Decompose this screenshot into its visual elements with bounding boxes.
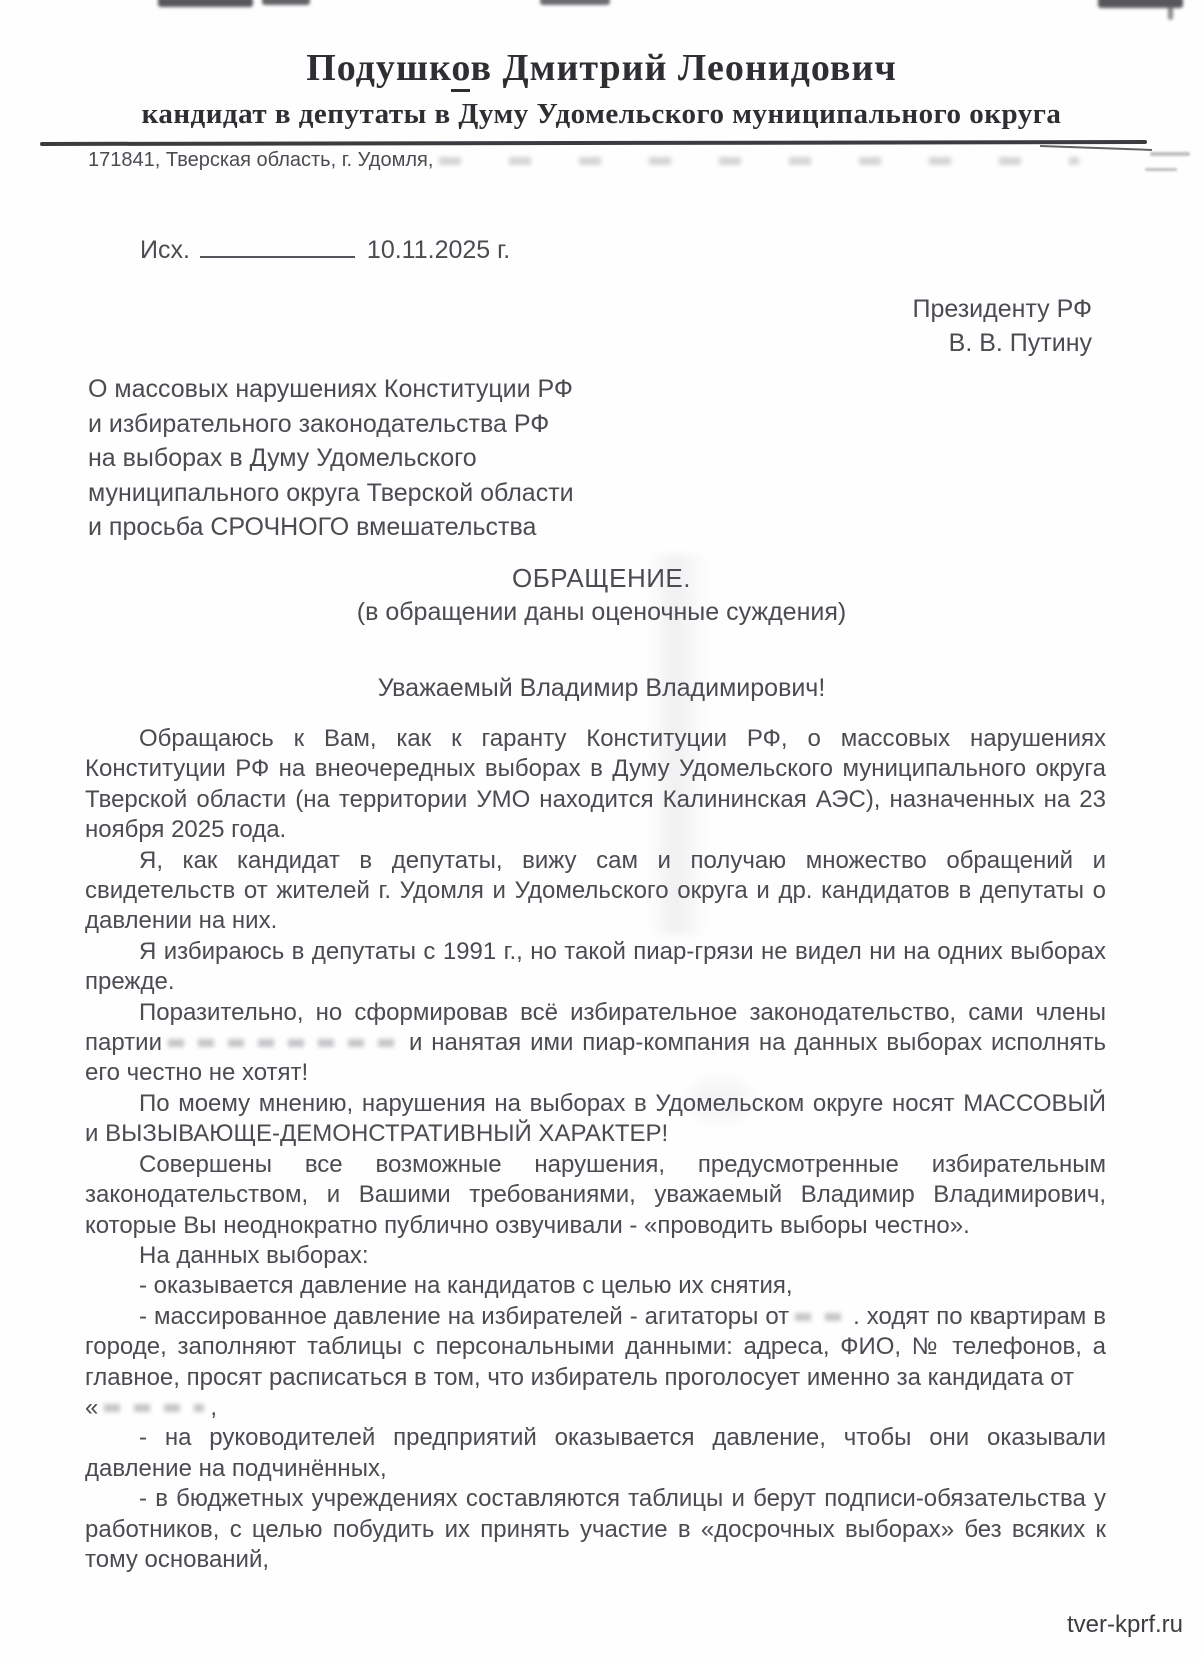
blank-line — [200, 236, 355, 258]
sender-name: Подушков Дмитрий Леонидович — [0, 46, 1203, 90]
addressee-title: Президенту РФ — [912, 292, 1092, 326]
document-subtitle: (в обращении даны оценочные суждения) — [0, 598, 1203, 627]
body-paragraph: Совершены все возможные нарушения, преду… — [85, 1150, 1106, 1241]
body-paragraph: На данных выборах: — [85, 1241, 1106, 1271]
subject-line: и просьба СРОЧНОГО вмешательства — [88, 510, 574, 545]
letterhead-divider — [40, 140, 1147, 146]
salutation: Уважаемый Владимир Владимирович! — [0, 674, 1203, 703]
sender-address: 171841, Тверская область, г. Удомля, — [88, 149, 1085, 172]
scan-artifact — [158, 0, 253, 7]
outgoing-label: Исх. — [140, 236, 190, 264]
subject-block: О массовых нарушениях Конституции РФ и и… — [88, 372, 574, 545]
subject-line: на выборах в Думу Удомельского — [88, 441, 574, 476]
subject-line: и избирательного законодательства РФ — [88, 407, 574, 442]
document-title: ОБРАЩЕНИЕ. — [0, 563, 1203, 594]
letter-body: Обращаюсь к Вам, как к гаранту Конституц… — [85, 724, 1106, 1575]
paragraph-text: , — [210, 1394, 217, 1421]
addressee-block: Президенту РФ В. В. Путину — [912, 292, 1092, 360]
redacted-text — [439, 153, 1079, 166]
paragraph-text: - массированное давление на избирателей … — [139, 1303, 789, 1330]
paragraph-text: « — [85, 1394, 98, 1421]
body-paragraph: Поразительно, но сформировав всё избират… — [85, 998, 1106, 1089]
scan-artifact — [1168, 6, 1173, 20]
body-paragraph: - в бюджетных учреждениях составляются т… — [85, 1484, 1106, 1575]
body-paragraph: - массированное давление на избирателей … — [85, 1302, 1106, 1424]
redacted-text — [104, 1400, 204, 1415]
letterhead: Подушков Дмитрий Леонидович кандидат в д… — [0, 46, 1203, 131]
body-paragraph: - оказывается давление на кандидатов с ц… — [85, 1271, 1106, 1301]
body-paragraph: Я избираюсь в депутаты с 1991 г., но так… — [85, 937, 1106, 998]
sender-address-text: 171841, Тверская область, г. Удомля, — [88, 149, 433, 171]
redacted-text — [795, 1309, 847, 1324]
scan-artifact — [1145, 168, 1177, 171]
outgoing-reference: Исх.10.11.2025 г. — [140, 236, 510, 265]
body-paragraph: Обращаюсь к Вам, как к гаранту Конституц… — [85, 724, 1106, 846]
letter-date: 10.11.2025 г. — [367, 236, 510, 264]
scanned-letter-page: Подушков Дмитрий Леонидович кандидат в д… — [0, 0, 1203, 1659]
sender-role: кандидат в депутаты в Думу Удомельского … — [0, 98, 1203, 131]
redacted-text — [168, 1035, 403, 1050]
addressee-name: В. В. Путину — [912, 326, 1092, 360]
scan-artifact — [1150, 152, 1190, 156]
body-paragraph: Я, как кандидат в депутаты, вижу сам и п… — [85, 846, 1106, 937]
scan-artifact — [540, 0, 610, 5]
subject-line: О массовых нарушениях Конституции РФ — [88, 372, 574, 407]
subject-line: муниципального округа Тверской области — [88, 476, 574, 511]
site-watermark: tver-kprf.ru — [1067, 1611, 1183, 1639]
sender-name-part: в Дмитрий Леонидович — [470, 47, 896, 89]
scan-artifact — [262, 0, 310, 5]
body-paragraph: - на руководителей предприятий оказывает… — [85, 1423, 1106, 1484]
body-paragraph: По моему мнению, нарушения на выборах в … — [85, 1089, 1106, 1150]
sender-name-underlined-char: о — [451, 47, 470, 92]
sender-name-part: Подушк — [306, 47, 451, 89]
